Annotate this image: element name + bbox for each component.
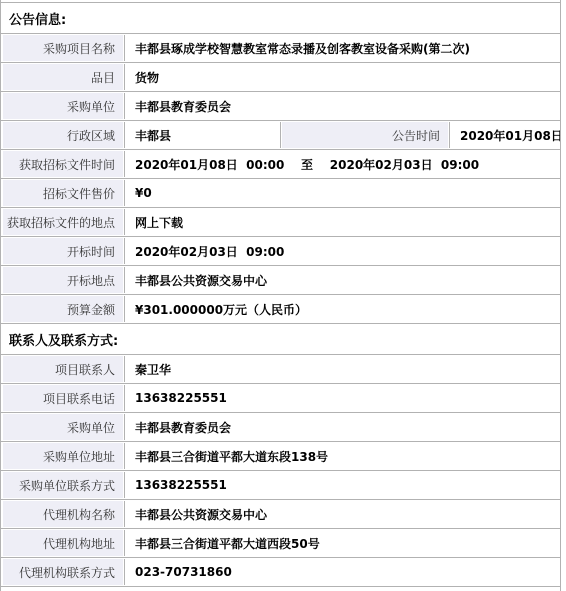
agency-name-label: 代理机构名称	[3, 501, 123, 527]
column-divider	[449, 122, 450, 148]
column-divider	[124, 472, 125, 498]
column-divider	[124, 64, 125, 90]
column-divider	[124, 414, 125, 440]
column-divider	[124, 122, 125, 148]
purchaser2-label: 采购单位	[3, 414, 123, 440]
purchaser-address-label: 采购单位地址	[3, 443, 123, 469]
table-row-purchaser-contact: 采购单位联系方式 13638225551	[1, 470, 560, 499]
column-divider	[124, 356, 125, 382]
contact-phone-value: 13638225551	[126, 385, 560, 411]
purchaser-address-value: 丰都县三合街道平都大道东段138号	[126, 443, 560, 469]
column-divider	[124, 267, 125, 293]
table-row-doc-price: 招标文件售价 ¥0	[1, 178, 560, 207]
table-row-agency-name: 代理机构名称 丰都县公共资源交易中心	[1, 499, 560, 528]
table-row-category: 品目 货物	[1, 62, 560, 91]
table-row-contact-person: 项目联系人 秦卫华	[1, 354, 560, 383]
column-divider	[124, 530, 125, 556]
purchaser-contact-label: 采购单位联系方式	[3, 472, 123, 498]
bid-open-time-value: 2020年02月03日 09:00	[126, 238, 560, 264]
budget-value: ¥301.000000万元（人民币）	[126, 296, 560, 322]
table-row-agency-contact: 代理机构联系方式 023-70731860	[1, 557, 560, 586]
table-row-project-name: 采购项目名称 丰都县琢成学校智慧教室常态录播及创客教室设备采购(第二次)	[1, 33, 560, 62]
doc-time-value: 2020年01月08日 00:00 至 2020年02月03日 09:00	[126, 151, 560, 177]
purchaser2-value: 丰都县教育委员会	[126, 414, 560, 440]
section-title: 公告信息:	[9, 9, 66, 28]
bid-open-time-label: 开标时间	[3, 238, 123, 264]
table-row-contact-phone: 项目联系电话 13638225551	[1, 383, 560, 412]
column-divider	[124, 238, 125, 264]
region-value: 丰都县	[126, 122, 279, 148]
table-row-doc-location: 获取招标文件的地点 网上下载	[1, 207, 560, 236]
column-divider	[124, 296, 125, 322]
table-row-bid-open-location: 开标地点 丰都县公共资源交易中心	[1, 265, 560, 294]
table-row-purchaser-address: 采购单位地址 丰都县三合街道平都大道东段138号	[1, 441, 560, 470]
cut-off-next-row	[1, 586, 560, 591]
agency-address-value: 丰都县三合街道平都大道西段50号	[126, 530, 560, 556]
table-row-purchaser: 采购单位 丰都县教育委员会	[1, 91, 560, 120]
table-row-agency-address: 代理机构地址 丰都县三合街道平都大道西段50号	[1, 528, 560, 557]
column-divider	[124, 559, 125, 585]
contact-phone-label: 项目联系电话	[3, 385, 123, 411]
contact-person-label: 项目联系人	[3, 356, 123, 382]
section-title: 联系人及联系方式:	[9, 330, 118, 349]
doc-price-label: 招标文件售价	[3, 180, 123, 206]
table-row-budget: 预算金额 ¥301.000000万元（人民币）	[1, 294, 560, 323]
doc-time-label: 获取招标文件时间	[3, 151, 123, 177]
purchaser-label: 采购单位	[3, 93, 123, 119]
column-divider	[124, 93, 125, 119]
agency-name-value: 丰都县公共资源交易中心	[126, 501, 560, 527]
project-name-label: 采购项目名称	[3, 35, 123, 61]
procurement-info-table: 公告信息: 采购项目名称 丰都县琢成学校智慧教室常态录播及创客教室设备采购(第二…	[0, 0, 561, 591]
table-row-purchaser2: 采购单位 丰都县教育委员会	[1, 412, 560, 441]
bid-open-location-label: 开标地点	[3, 267, 123, 293]
column-divider	[124, 180, 125, 206]
agency-contact-value: 023-70731860	[126, 559, 560, 585]
purchaser-contact-value: 13638225551	[126, 472, 560, 498]
announce-time-label: 公告时间	[282, 122, 448, 148]
section-header-contact: 联系人及联系方式:	[1, 323, 560, 354]
bid-open-location-value: 丰都县公共资源交易中心	[126, 267, 560, 293]
project-name-value: 丰都县琢成学校智慧教室常态录播及创客教室设备采购(第二次)	[126, 35, 560, 61]
announce-time-value: 2020年01月08日 14:50	[451, 122, 560, 148]
agency-contact-label: 代理机构联系方式	[3, 559, 123, 585]
region-label: 行政区域	[3, 122, 123, 148]
column-divider	[124, 151, 125, 177]
column-divider	[124, 501, 125, 527]
table-row-bid-open-time: 开标时间 2020年02月03日 09:00	[1, 236, 560, 265]
column-divider	[124, 35, 125, 61]
column-divider	[124, 385, 125, 411]
section-header-announcement: 公告信息:	[1, 2, 560, 33]
doc-location-value: 网上下载	[126, 209, 560, 235]
doc-location-label: 获取招标文件的地点	[3, 209, 123, 235]
doc-price-value: ¥0	[126, 180, 560, 206]
column-divider	[124, 443, 125, 469]
category-label: 品目	[3, 64, 123, 90]
contact-person-value: 秦卫华	[126, 356, 560, 382]
column-divider	[280, 122, 281, 148]
purchaser-value: 丰都县教育委员会	[126, 93, 560, 119]
table-row-doc-time: 获取招标文件时间 2020年01月08日 00:00 至 2020年02月03日…	[1, 149, 560, 178]
column-divider	[124, 209, 125, 235]
table-row-region-and-time: 行政区域 丰都县 公告时间 2020年01月08日 14:50	[1, 120, 560, 149]
category-value: 货物	[126, 64, 560, 90]
agency-address-label: 代理机构地址	[3, 530, 123, 556]
budget-label: 预算金额	[3, 296, 123, 322]
